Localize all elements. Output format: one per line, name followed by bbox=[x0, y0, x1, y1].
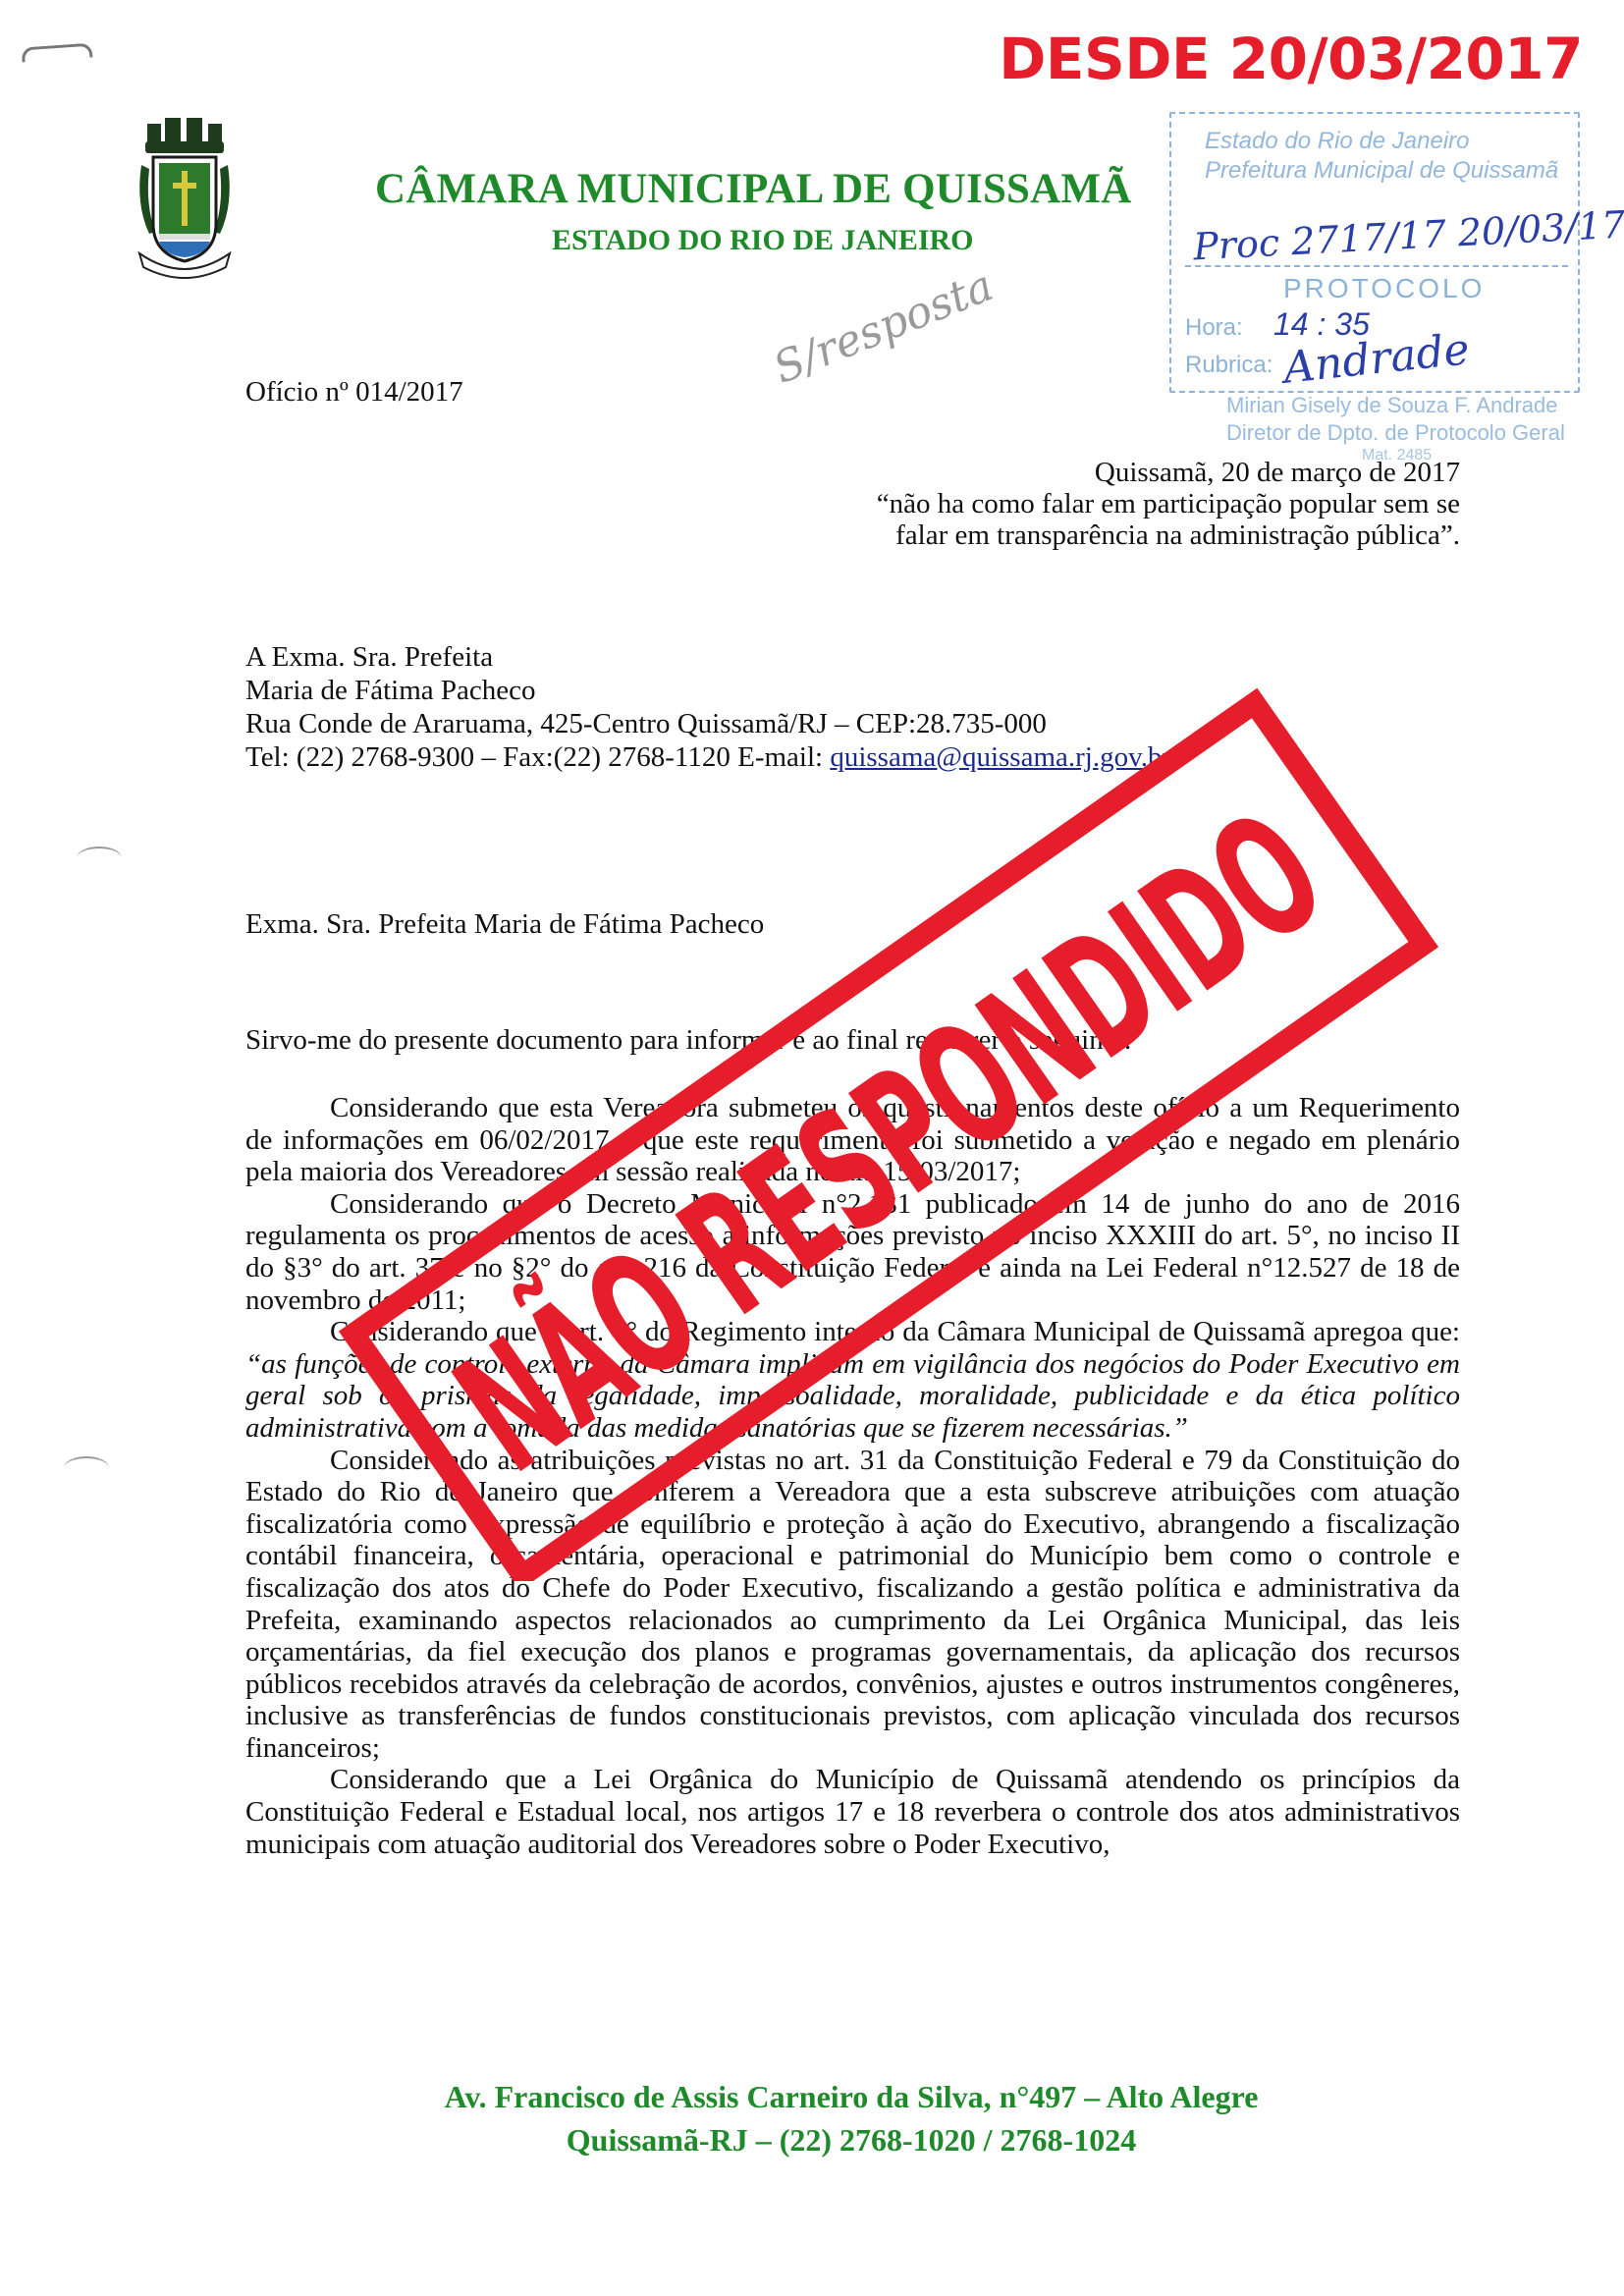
recipient-block: A Exma. Sra. Prefeita Maria de Fátima Pa… bbox=[245, 640, 1171, 774]
body-paragraph: Considerando as atribuições previstas no… bbox=[245, 1445, 1460, 1765]
punch-hole-mark bbox=[77, 847, 122, 870]
body-paragraph: Considerando que o art. 4° do Regimento … bbox=[245, 1316, 1460, 1444]
recipient-contact: Tel: (22) 2768-9300 – Fax:(22) 2768-1120… bbox=[245, 740, 1171, 774]
stamp-hora-label: Hora: bbox=[1185, 314, 1243, 342]
recipient-title: A Exma. Sra. Prefeita bbox=[245, 640, 1171, 674]
stamp-officer-role: Diretor de Dpto. de Protocolo Geral bbox=[1226, 420, 1565, 446]
stamp-rubrica-label: Rubrica: bbox=[1185, 352, 1272, 379]
place-date: Quissamã, 20 de março de 2017 bbox=[877, 457, 1460, 488]
pencil-annotation: S/resposta bbox=[767, 260, 1001, 394]
date-epigraph-block: Quissamã, 20 de março de 2017 “não ha co… bbox=[877, 457, 1460, 551]
stamp-divider bbox=[1185, 265, 1568, 267]
recipient-address: Rua Conde de Araruama, 425-Centro Quissa… bbox=[245, 707, 1171, 740]
salutation: Exma. Sra. Prefeita Maria de Fátima Pach… bbox=[245, 908, 764, 940]
email-link[interactable]: quissama@quissama.rj.gov.br bbox=[830, 741, 1171, 773]
punch-hole-mark bbox=[64, 1456, 109, 1480]
paragraph-text: Considerando as atribuições previstas no… bbox=[245, 1445, 1460, 1764]
epigraph-line: “não ha como falar em participação popul… bbox=[877, 488, 1460, 519]
body-paragraph: Considerando que o Decreto Municipal n°2… bbox=[245, 1188, 1460, 1316]
protocol-stamp: Estado do Rio de Janeiro Prefeitura Muni… bbox=[1165, 98, 1583, 393]
recipient-name: Maria de Fátima Pacheco bbox=[245, 674, 1171, 707]
letterhead-title: CÂMARA MUNICIPAL DE QUISSAMÃ bbox=[375, 165, 1131, 213]
paragraph-text: Considerando que a Lei Orgânica do Munic… bbox=[245, 1764, 1460, 1859]
stamp-officer-name: Mirian Gisely de Souza F. Andrade bbox=[1226, 393, 1558, 418]
stamp-protocol-label: PROTOCOLO bbox=[1283, 273, 1485, 304]
letterhead-footer: Av. Francisco de Assis Carneiro da Silva… bbox=[0, 2075, 1624, 2161]
stamp-prefecture-line: Prefeitura Municipal de Quissamã bbox=[1205, 157, 1558, 185]
staple-mark bbox=[22, 43, 93, 63]
oficio-number: Ofício nº 014/2017 bbox=[245, 376, 463, 408]
stamp-state-line: Estado do Rio de Janeiro bbox=[1205, 128, 1470, 155]
footer-address: Av. Francisco de Assis Carneiro da Silva… bbox=[0, 2075, 1624, 2118]
letter-body: Considerando que esta Vereadora submeteu… bbox=[245, 1092, 1460, 1860]
paragraph-text: Considerando que o Decreto Municipal n°2… bbox=[245, 1188, 1460, 1316]
footer-phones: Quissamã-RJ – (22) 2768-1020 / 2768-1024 bbox=[0, 2118, 1624, 2161]
body-paragraph: Considerando que esta Vereadora submeteu… bbox=[245, 1092, 1460, 1188]
epigraph-line: falar em transparência na administração … bbox=[877, 519, 1460, 551]
intro-sentence: Sirvo-me do presente documento para info… bbox=[245, 1024, 1132, 1056]
paragraph-text: Considerando que o art. 4° do Regimento … bbox=[330, 1316, 1460, 1347]
letterhead-subtitle: ESTADO DO RIO DE JANEIRO bbox=[552, 224, 974, 257]
regimento-quote: “as funções de controle externo da Câmar… bbox=[245, 1348, 1460, 1444]
contact-phones: Tel: (22) 2768-9300 – Fax:(22) 2768-1120… bbox=[245, 741, 830, 773]
coat-of-arms-icon bbox=[135, 116, 234, 283]
paragraph-text: Considerando que esta Vereadora submeteu… bbox=[245, 1092, 1460, 1187]
body-paragraph: Considerando que a Lei Orgânica do Munic… bbox=[245, 1764, 1460, 1860]
since-date-banner: DESDE 20/03/2017 bbox=[999, 26, 1583, 92]
